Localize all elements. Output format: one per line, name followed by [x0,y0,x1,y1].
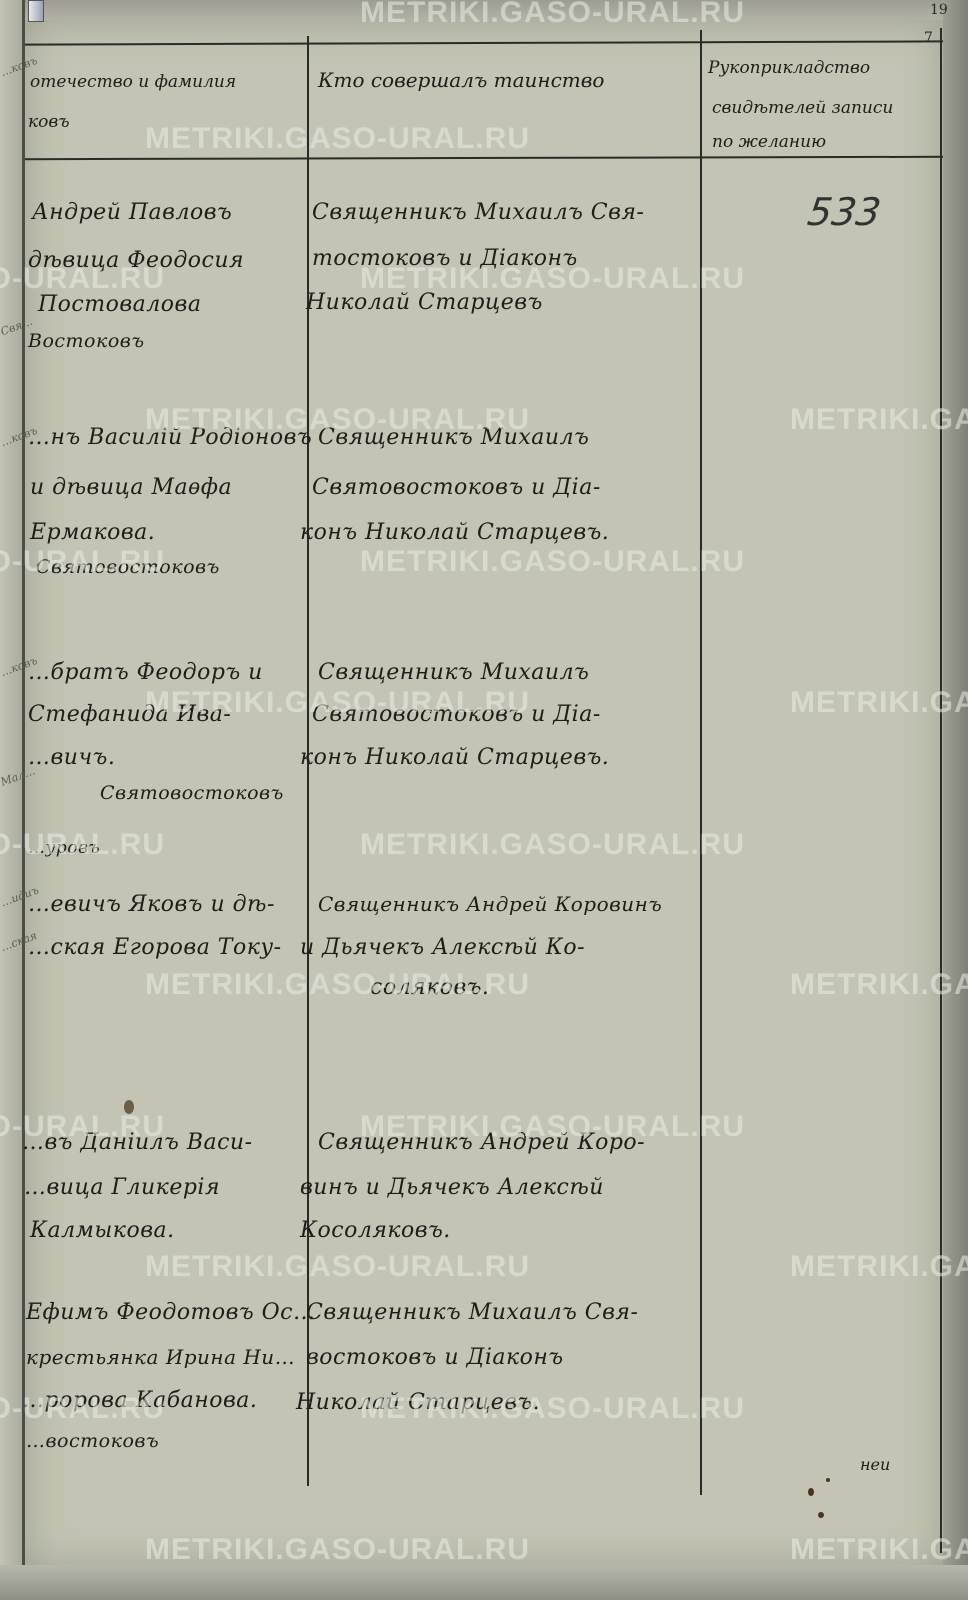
ink-blot [818,1512,824,1518]
page-number: 533 [805,190,884,234]
watermark: METRIKI.GASO-URAL.RU [360,0,745,30]
entry-5-col2-line2: винъ и Дьячекъ Алексѣй [300,1175,604,1200]
entry-2-col1-line2: и дѣвица Маѳфа [30,475,232,500]
bottom-page-edge [0,1565,968,1600]
watermark: METRIKI.GASO-URAL.RU [360,1110,745,1144]
header-col2: Кто совершалъ таинство [318,68,604,92]
corner-mark: 7 [924,30,933,46]
entry-3-col1-line3: …вичъ. [28,745,115,770]
watermark: METRIKI.GASO-URAL.RU [145,122,530,156]
right-border-rule [940,28,942,1553]
entry-6-col1-line1: Ефимъ Феодотовъ Ос… [26,1300,315,1325]
entry-3-col2-line3: конъ Николай Старцевъ. [300,745,609,770]
watermark: METRIKI.GASO-URAL.RU [145,1250,530,1284]
header-col3-line3: по желанию [712,132,826,152]
watermark: METRIKI.GASO-URAL.RU [145,403,530,437]
entry-3-col1-note: Святовостоковъ [100,782,284,804]
watermark: METRIKI.GASO-URAL.RU [145,1533,530,1567]
watermark: METRIKI.GASO-URAL.RU [360,1392,745,1426]
footer-note: неи [860,1455,890,1474]
watermark: METRIKI.GASO-URAL.RU [790,686,968,720]
entry-2-col2-line3: конъ Николай Старцевъ. [300,520,609,545]
entry-6-col2-line2: востоковъ и Діаконъ [306,1345,564,1370]
entry-6-col2-line1: Священникъ Михаилъ Свя- [306,1300,638,1325]
header-col3-line1: Рукоприкладство [708,58,870,78]
watermark: METRIKI.GASO-URAL.RU [790,1250,968,1284]
entry-1-col2-line1: Священникъ Михаилъ Свя- [312,200,644,225]
header-col1-line2: ковъ [28,112,70,132]
entry-5-col2-line3: Косоляковъ. [300,1218,451,1243]
watermark: METRIKI.GASO-URAL.RU [145,968,530,1002]
entry-4-col2-line2: и Дьячекъ Алексѣй Ко- [300,935,585,960]
entry-4-col2-line1: Священникъ Андрей Коровинъ [318,892,662,916]
entry-3-col1-line1: …братъ Феодоръ и [28,660,263,685]
entry-4-col1-line1: …евичъ Яковъ и дѣ- [28,892,275,917]
watermark: METRIKI.GASO-URAL.RU [145,686,530,720]
ink-blot [826,1478,830,1482]
watermark: METRIKI.GASO-URAL.RU [360,262,745,296]
column-divider-2 [700,30,702,1495]
watermark: METRIKI.GASO-URAL.RU [0,1392,165,1426]
watermark: METRIKI.GASO-URAL.RU [0,828,165,862]
header-col1-line1: отечество и фамилия [30,72,236,92]
entry-1-col1-note: Востоковъ [28,330,145,352]
left-facing-page-strip [0,0,24,1600]
watermark: METRIKI.GASO-URAL.RU [790,1533,968,1567]
watermark: METRIKI.GASO-URAL.RU [790,403,968,437]
entry-5-col1-line3: Калмыкова. [30,1218,175,1243]
entry-4-col1-line2: …ская Егорова Току- [28,935,282,960]
entry-2-col1-line3: Ермакова. [30,520,155,545]
watermark: METRIKI.GASO-URAL.RU [0,1110,165,1144]
entry-2-col2-line2: Святовостоковъ и Діа- [312,475,601,500]
watermark: METRIKI.GASO-URAL.RU [0,545,165,579]
entry-3-col2-line1: Священникъ Михаилъ [318,660,589,685]
archive-tab-marker [28,0,44,22]
right-page-edge [943,0,968,1600]
top-corner-mark: 19 [930,2,948,18]
watermark: METRIKI.GASO-URAL.RU [790,968,968,1002]
entry-6-col1-note: …востоковъ [26,1430,159,1452]
watermark: METRIKI.GASO-URAL.RU [360,828,745,862]
binding-line [22,0,25,1600]
entry-1-col1-line1: Андрей Павловъ [32,200,232,225]
entry-5-col1-line2: …вица Гликерія [24,1175,220,1200]
entry-6-col1-line2: крестьянка Ирина Ни… [26,1345,295,1369]
watermark: METRIKI.GASO-URAL.RU [0,262,165,296]
ink-blot [808,1488,814,1496]
header-col3-line2: свидѣтелей записи [712,98,893,118]
watermark: METRIKI.GASO-URAL.RU [360,545,745,579]
